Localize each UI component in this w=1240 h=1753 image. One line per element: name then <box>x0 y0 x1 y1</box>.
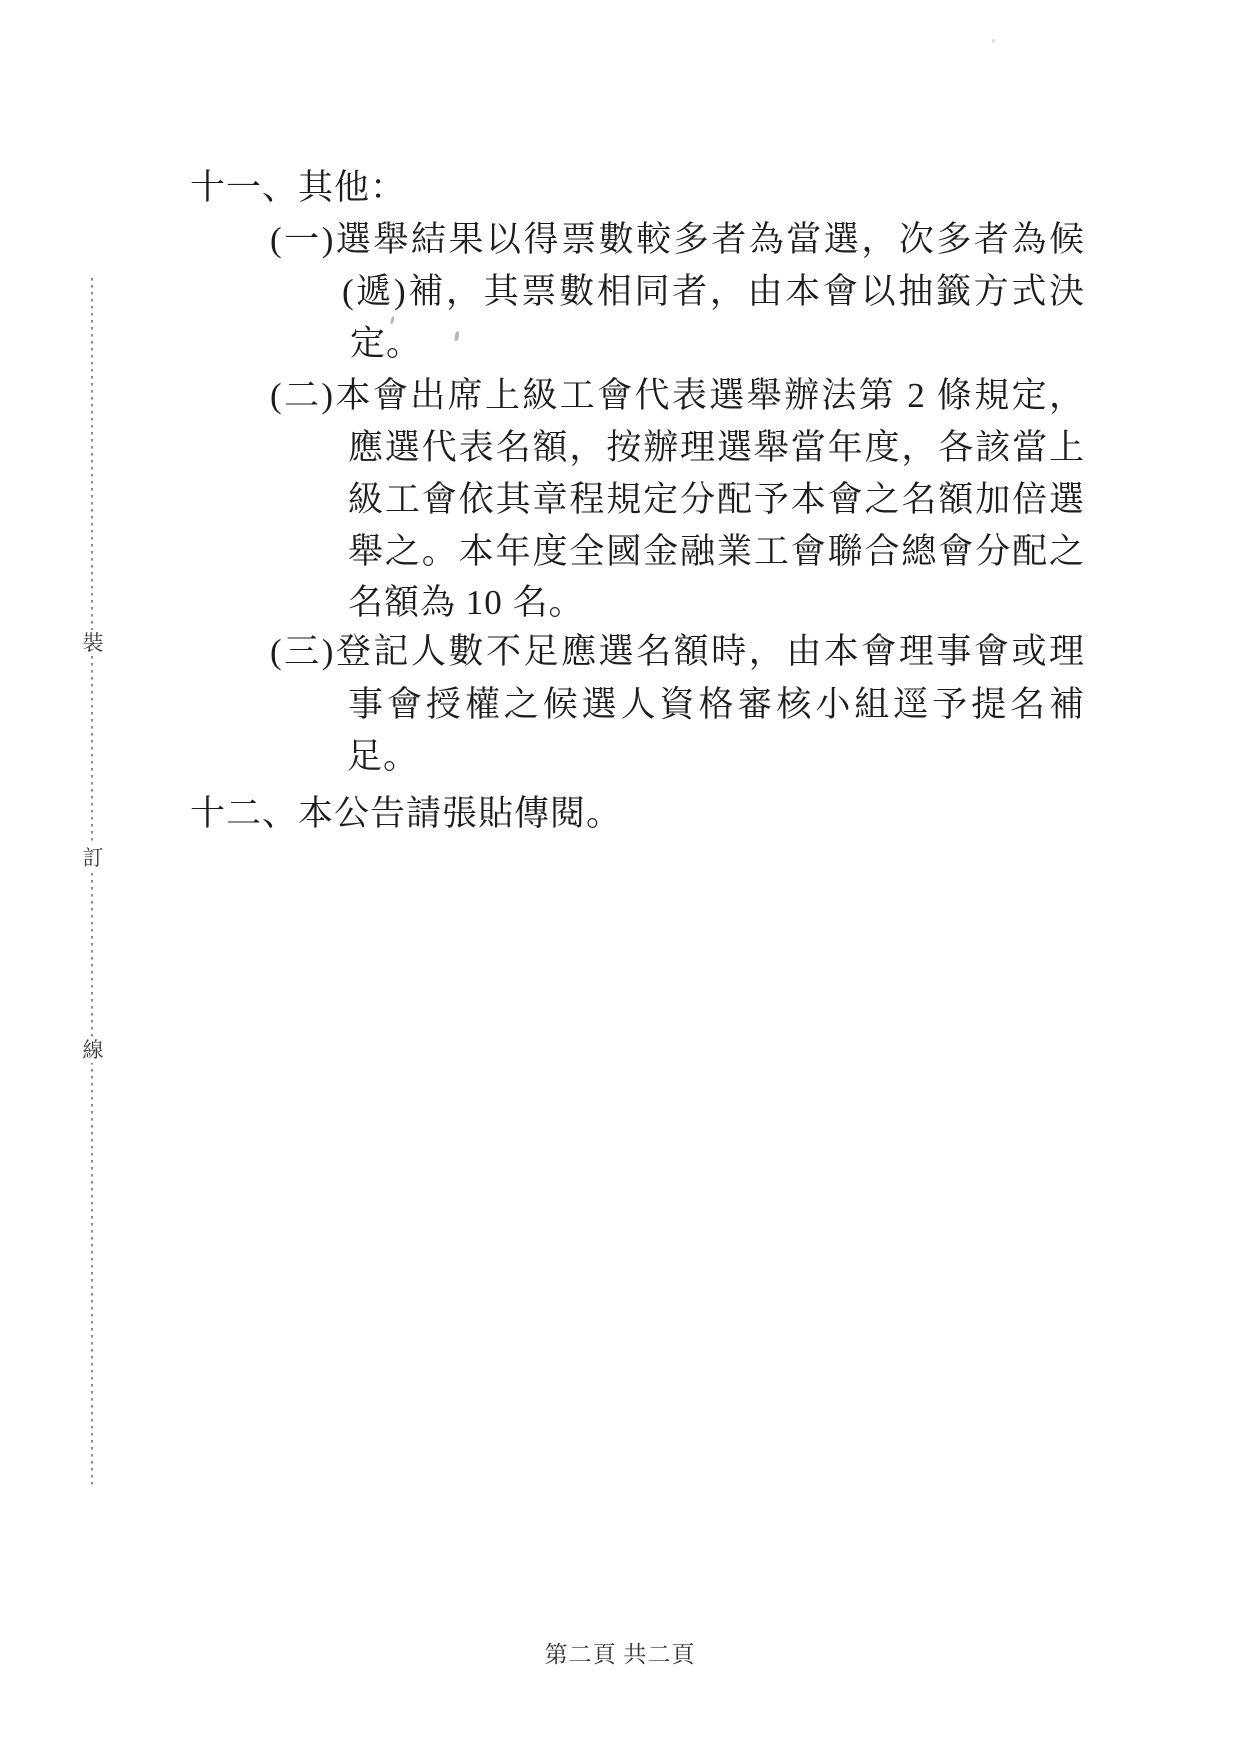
item-3-line-3: 足。 <box>347 731 419 783</box>
item-1-line-1: (一)選舉結果以得票數較多者為當選，次多者為候 <box>270 214 1085 266</box>
binding-mark-xian: 線 <box>79 1037 107 1063</box>
binding-mark-zhuang: 裝 <box>79 630 107 656</box>
item-3-line-1: (三)登記人數不足應選名額時，由本會理事會或理 <box>270 626 1085 678</box>
item-1-line-2: (遞)補，其票數相同者，由本會以抽籤方式決 <box>342 266 1085 318</box>
section-heading-12: 十二、本公告請張貼傳閱。 <box>190 788 622 840</box>
item-2-line-2: 應選代表名額，按辦理選舉當年度，各該當上 <box>348 422 1085 474</box>
item-2-line-4: 舉之。本年度全國金融業工會聯合總會分配之 <box>348 526 1085 578</box>
item-2-line-5: 名額為 10 名。 <box>348 577 585 629</box>
item-2-line-1: (二)本會出席上級工會代表選舉辦法第 2 條規定， <box>270 370 1085 422</box>
item-3-line-2: 事會授權之候選人資格審核小組逕予提名補 <box>348 679 1085 731</box>
scan-speck <box>992 39 995 43</box>
scanned-document-page: 裝 訂 線 十一、其他： (一)選舉結果以得票數較多者為當選，次多者為候 (遞)… <box>0 0 1240 1753</box>
item-2-line-3: 級工會依其章程規定分配予本會之名額加倍選 <box>348 474 1085 526</box>
page-number-footer: 第二頁 共二頁 <box>0 1642 1240 1668</box>
binding-dotted-line <box>91 278 93 1488</box>
item-1-line-3: 定。 <box>350 318 422 370</box>
scan-speck <box>454 331 459 341</box>
binding-mark-ding: 訂 <box>79 845 107 871</box>
section-heading-11: 十一、其他： <box>190 162 406 214</box>
